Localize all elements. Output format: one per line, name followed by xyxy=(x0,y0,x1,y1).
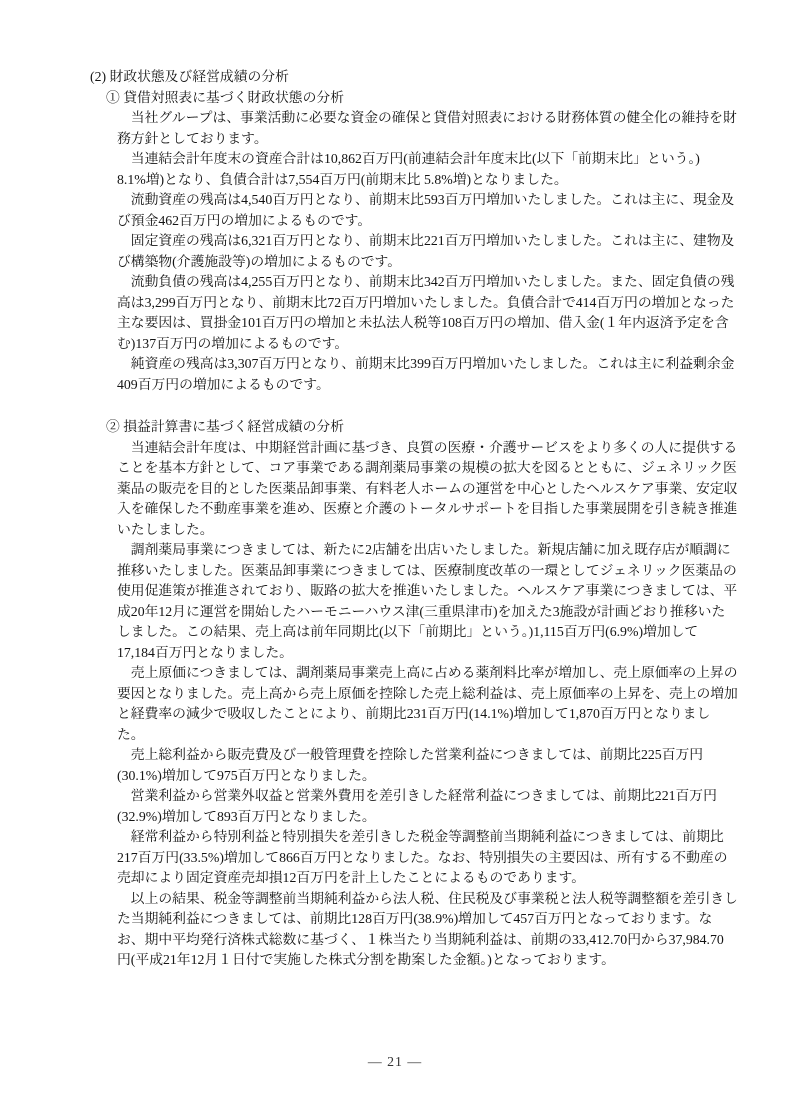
text-line: 経常利益から特別利益と特別損失を差引きした税金等調整前当期純利益につきましては、… xyxy=(117,827,790,848)
text-line: お、期中平均発行済株式総数に基づく、１株当たり当期純利益は、前期の33,412.… xyxy=(117,930,790,951)
text-line: た当期純利益につきましては、前期比128百万円(38.9%)増加して457百万円… xyxy=(117,909,790,930)
text-line: 当連結会計年度末の資産合計は10,862百万円(前連結会計年度末比(以下「前期末… xyxy=(117,149,790,170)
text-line: いたしました。 xyxy=(117,520,790,541)
text-line: 使用促進策が推進されており、販路の拡大を推進いたしました。ヘルスケア事業につきま… xyxy=(117,581,790,602)
text-line: 固定資産の残高は6,321百万円となり、前期末比221百万円増加いたしました。こ… xyxy=(117,231,790,252)
text-line: む)137百万円の増加によるものです。 xyxy=(117,334,790,355)
text-line: 推移いたしました。医薬品卸事業につきましては、医療制度改革の一環としてジェネリッ… xyxy=(117,561,790,582)
subsection-heading-income-statement: ② 損益計算書に基づく経営成績の分析 xyxy=(106,417,790,438)
text-line: 8.1%増)となり、負債合計は7,554百万円(前期末比 5.8%増)となりまし… xyxy=(117,170,790,191)
page-content: (2) 財政状態及び経営成績の分析 ① 貸借対照表に基づく財政状態の分析 当社グ… xyxy=(0,67,790,971)
text-line: 円(平成21年12月１日付で実施した株式分割を勘案した金額。)となっております。 xyxy=(117,950,790,971)
subsection-body-balance-sheet: 当社グループは、事業活動に必要な資金の確保と貸借対照表における財務体質の健全化の… xyxy=(0,108,790,395)
text-line: 流動資産の残高は4,540百万円となり、前期末比593百万円増加いたしました。こ… xyxy=(117,190,790,211)
text-line: び構築物(介護施設等)の増加によるものです。 xyxy=(117,252,790,273)
text-line: 主な要因は、買掛金101百万円の増加と未払法人税等108百万円の増加、借入金(１… xyxy=(117,313,790,334)
subsection-body-income-statement: 当連結会計年度は、中期経営計画に基づき、良質の医療・介護サービスをより多くの人に… xyxy=(0,438,790,971)
text-line: 薬品の販売を目的とした医薬品卸事業、有料老人ホームの運営を中心としたヘルスケア事… xyxy=(117,479,790,500)
text-line: (32.9%)増加して893百万円となりました。 xyxy=(117,807,790,828)
text-line: 純資産の残高は3,307百万円となり、前期末比399百万円増加いたしました。これ… xyxy=(117,354,790,375)
text-line: 調剤薬局事業につきましては、新たに2店舗を出店いたしました。新規店舗に加え既存店… xyxy=(117,540,790,561)
text-line: 務方針としております。 xyxy=(117,129,790,150)
subsection-balance-sheet-analysis: ① 貸借対照表に基づく財政状態の分析 当社グループは、事業活動に必要な資金の確保… xyxy=(0,88,790,396)
text-line: 営業利益から営業外収益と営業外費用を差引きした経常利益につきましては、前期比22… xyxy=(117,786,790,807)
text-line: 入を確保した不動産事業を進め、医療と介護のトータルサポートを目指した事業展開を引… xyxy=(117,499,790,520)
text-line: と経費率の減少で吸収したことにより、前期比231百万円(14.1%)増加して1,… xyxy=(117,704,790,725)
text-line: 当社グループは、事業活動に必要な資金の確保と貸借対照表における財務体質の健全化の… xyxy=(117,108,790,129)
text-line: 409百万円の増加によるものです。 xyxy=(117,375,790,396)
text-line: 217百万円(33.5%)増加して866百万円となりました。なお、特別損失の主要… xyxy=(117,848,790,869)
text-line: (30.1%)増加して975百万円となりました。 xyxy=(117,766,790,787)
text-line: 売上総利益から販売費及び一般管理費を控除した営業利益につきましては、前期比225… xyxy=(117,745,790,766)
page-number: ― 21 ― xyxy=(0,1052,790,1073)
text-line: 売却により固定資産売却損12百万円を計上したことによるものであります。 xyxy=(117,868,790,889)
document-page: (2) 財政状態及び経営成績の分析 ① 貸借対照表に基づく財政状態の分析 当社グ… xyxy=(0,0,790,1118)
text-line: 17,184百万円となりました。 xyxy=(117,643,790,664)
text-line: 成20年12月に運営を開始したハーモニーハウス津(三重県津市)を加えた3施設が計… xyxy=(117,602,790,623)
text-line: 流動負債の残高は4,255百万円となり、前期末比342百万円増加いたしました。ま… xyxy=(117,272,790,293)
text-line: ことを基本方針として、コア事業である調剤薬局事業の規模の拡大を図るとともに、ジェ… xyxy=(117,458,790,479)
text-line: 要因となりました。売上高から売上原価を控除した売上総利益は、売上原価率の上昇を、… xyxy=(117,684,790,705)
text-line: 売上原価につきましては、調剤薬局事業売上高に占める薬剤料比率が増加し、売上原価率… xyxy=(117,663,790,684)
subsection-income-statement-analysis: ② 損益計算書に基づく経営成績の分析 当連結会計年度は、中期経営計画に基づき、良… xyxy=(0,417,790,971)
text-line: 当連結会計年度は、中期経営計画に基づき、良質の医療・介護サービスをより多くの人に… xyxy=(117,438,790,459)
text-line: び預金462百万円の増加によるものです。 xyxy=(117,211,790,232)
text-line: 高は3,299百万円となり、前期末比72百万円増加いたしました。負債合計で414… xyxy=(117,293,790,314)
text-line: 以上の結果、税金等調整前当期純利益から法人税、住民税及び事業税と法人税等調整額を… xyxy=(117,889,790,910)
text-line: た。 xyxy=(117,725,790,746)
subsection-heading-balance-sheet: ① 貸借対照表に基づく財政状態の分析 xyxy=(106,88,790,109)
section-heading: (2) 財政状態及び経営成績の分析 xyxy=(90,67,790,88)
text-line: しました。この結果、売上高は前年同期比(以下「前期比」という。)1,115百万円… xyxy=(117,622,790,643)
